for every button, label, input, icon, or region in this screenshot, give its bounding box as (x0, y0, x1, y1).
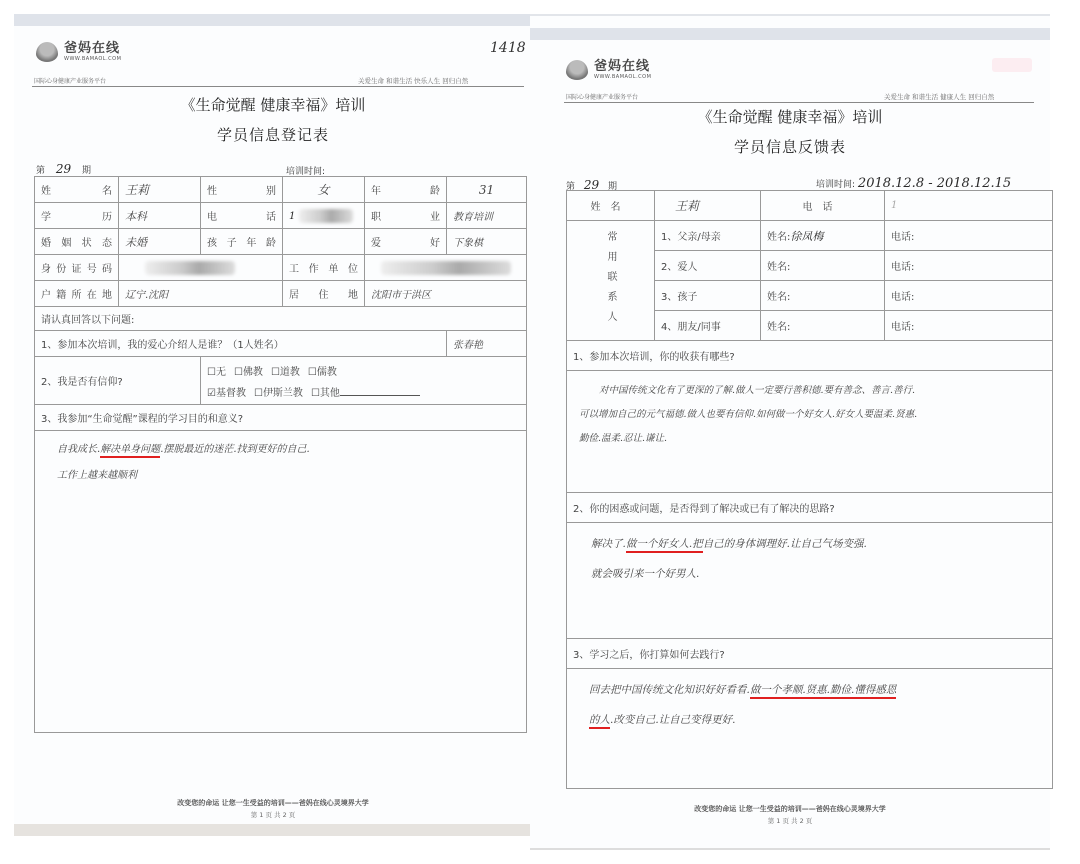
answer-line: 对中国传统文化有了更深的了解.做人一定要行善积德.要有善念、善言.善行. (579, 379, 1040, 403)
page-number: 第 1 页 共 2 页 (14, 810, 532, 819)
contact-relation: 2、爱人 (655, 251, 761, 281)
platform-tagline: 国际心身健康产业服务平台 (566, 92, 638, 101)
faith-option[interactable]: ☐无 (207, 367, 226, 378)
underlined-answer: 做一个好女人.把 (626, 538, 703, 553)
training-time: 培训时间: 2018.12.8 - 2018.12.15 (816, 176, 1011, 191)
contact-name: 姓名: (761, 251, 885, 281)
checkbox-icon[interactable]: ☐ (271, 367, 280, 378)
checkbox-icon[interactable]: ☐ (234, 367, 243, 378)
marital-value: 未婚 (119, 229, 201, 255)
name-value: 王莉 (655, 191, 761, 221)
table-row: 姓名 王莉 性别 女 年龄 31 (35, 177, 527, 203)
checkbox-icon[interactable]: ☐ (308, 367, 317, 378)
contact-row: 常用联系人1、父亲/母亲姓名:徐凤梅电话: (567, 221, 1053, 251)
hometown-value: 辽宁.沈阳 (119, 281, 283, 307)
contact-phone: 电话: (885, 311, 1053, 341)
registration-form-page: 爸妈在线 WWW.BAMAOL.COM 国际心身健康产业服务平台 1418 关爱… (14, 14, 532, 836)
feedback-form-page: 爸妈在线 WWW.BAMAOL.COM 国际心身健康产业服务平台 关爱生命 和谐… (530, 14, 1050, 850)
child-age-value (283, 229, 365, 255)
contact-phone: 电话: (885, 281, 1053, 311)
logo-heart-icon (36, 42, 58, 62)
faith-option[interactable]: ☐道教 (271, 367, 300, 378)
brand-name: 爸妈在线 (64, 42, 121, 56)
question-3-row: 3、我参加“生命觉醒”课程的学习目的和意义? (35, 405, 527, 431)
question-2-label: 2、你的困惑或问题，是否得到了解决或已有了解决的思路? (567, 493, 1053, 523)
question-2-row: 2、我是否有信仰? ☐无☐佛教☐道教☐儒教 ☑基督教☐伊斯兰教☐其他 (35, 357, 527, 405)
footer-slogan: 改变您的命运 让您一生受益的培训——爸妈在线心灵境界大学 (530, 804, 1050, 814)
handwritten-page-code: 1418 (490, 40, 526, 56)
job-value: 教育培训 (447, 203, 527, 229)
contacts-label: 常用联系人 (567, 221, 655, 341)
company-logo: 爸妈在线 WWW.BAMAOL.COM (566, 60, 651, 80)
question-2-label: 2、我是否有信仰? (35, 357, 201, 405)
period: 第 29 期 (36, 162, 91, 176)
motto: 关爱生命 和谐生活 健康人生 回归自然 (884, 92, 994, 101)
question-1-answer-row: 对中国传统文化有了更深的了解.做人一定要行善积德.要有善念、善言.善行.可以增加… (567, 371, 1053, 493)
question-1-row: 1、参加本次培训，我的爱心介绍人是谁？（1人姓名） 张春艳 (35, 331, 527, 357)
contact-relation: 1、父亲/母亲 (655, 221, 761, 251)
contact-name-value: 徐凤梅 (790, 230, 823, 243)
faith-option[interactable]: ☐其他 (311, 388, 420, 399)
name-value: 王莉 (119, 177, 201, 203)
question-2-answer-row: 解决了.做一个好女人.把自己的身体调理好.让自己气场变强. 就会吸引来一个好男人… (567, 523, 1053, 639)
scan-top-edge (530, 28, 1050, 40)
contact-phone: 电话: (885, 251, 1053, 281)
residence-value: 沈阳市于洪区 (365, 281, 527, 307)
question-2-answer: 解决了.做一个好女人.把自己的身体调理好.让自己气场变强. 就会吸引来一个好男人… (567, 523, 1053, 639)
answer-line: 可以增加自己的元气福德.做人也要有信仰.如何做一个好女人.好女人要温柔.贤惠. (579, 403, 1040, 427)
form-title: 学员信息反馈表 (530, 136, 1050, 157)
question-3-label: 3、学习之后，你打算如何去践行? (567, 639, 1053, 669)
question-1-row: 1、参加本次培训，你的收获有哪些? (567, 341, 1053, 371)
question-3-row: 3、学习之后，你打算如何去践行? (567, 639, 1053, 669)
header-divider (32, 86, 524, 87)
question-3-label: 3、我参加“生命觉醒”课程的学习目的和意义? (35, 405, 527, 431)
period-value: 29 (56, 162, 71, 176)
other-blank-line[interactable] (340, 395, 420, 396)
scan-bottom-edge (14, 824, 532, 836)
redacted-phone (299, 209, 353, 223)
faith-option[interactable]: ☐佛教 (234, 367, 263, 378)
checkbox-icon[interactable]: ☐ (207, 367, 216, 378)
underlined-answer: 的人 (589, 714, 610, 729)
faith-option[interactable]: ☑基督教 (207, 388, 246, 399)
question-3-answer-row: 回去把中国传统文化知识好好看看.做一个孝顺.贤惠.勤俭.懂得感恩 的人.改变自己… (567, 669, 1053, 789)
contact-name: 姓名:徐凤梅 (761, 221, 885, 251)
brand-name: 爸妈在线 (594, 60, 651, 74)
workplace-value (365, 255, 527, 281)
contact-phone: 电话: (885, 221, 1053, 251)
page-number: 第 1 页 共 2 页 (530, 816, 1050, 825)
age-value: 31 (447, 177, 527, 203)
footer-slogan: 改变您的命运 让您一生受益的培训——爸妈在线心灵境界大学 (14, 798, 532, 808)
faint-stamp (992, 58, 1032, 72)
faith-option[interactable]: ☐儒教 (308, 367, 337, 378)
redacted-workplace (381, 261, 511, 275)
hobby-value: 下象棋 (447, 229, 527, 255)
underlined-answer: 解决单身问题 (100, 444, 160, 458)
brand-url: WWW.BAMAOL.COM (64, 56, 121, 62)
table-row: 姓名 王莉 电话 1 (567, 191, 1053, 221)
question-1-answer: 张春艳 (447, 331, 527, 357)
question-3-answer-row: 自我成长.解决单身问题.摆脱最近的迷茫.找到更好的自己. 工作上越来越顺利 (35, 431, 527, 733)
logo-heart-icon (566, 60, 588, 80)
form-title: 学员信息登记表 (14, 124, 532, 145)
id-value (119, 255, 283, 281)
training-title: 《生命觉醒 健康幸福》培训 (530, 106, 1050, 127)
table-row: 婚姻状态 未婚 孩子年龄 爱好 下象棋 (35, 229, 527, 255)
answer-line: 勤俭.温柔.忍让.谦让. (579, 427, 1040, 451)
faith-options: ☐无☐佛教☐道教☐儒教 ☑基督教☐伊斯兰教☐其他 (201, 357, 527, 405)
scan-bottom-edge (530, 848, 1050, 850)
contact-name: 姓名: (761, 311, 885, 341)
company-logo: 爸妈在线 WWW.BAMAOL.COM (36, 42, 121, 62)
faith-option[interactable]: ☐伊斯兰教 (254, 388, 303, 399)
phone-value: 1 (283, 203, 365, 229)
education-value: 本科 (119, 203, 201, 229)
questions-header: 请认真回答以下问题: (35, 307, 527, 331)
brand-url: WWW.BAMAOL.COM (594, 74, 651, 80)
contact-relation: 4、朋友/同事 (655, 311, 761, 341)
question-3-answer: 回去把中国传统文化知识好好看看.做一个孝顺.贤惠.勤俭.懂得感恩 的人.改变自己… (567, 669, 1053, 789)
table-row: 学历 本科 电话 1 职业 教育培训 (35, 203, 527, 229)
checkbox-checked-icon[interactable]: ☑ (207, 388, 216, 399)
contact-name: 姓名: (761, 281, 885, 311)
feedback-table: 姓名 王莉 电话 1 常用联系人1、父亲/母亲姓名:徐凤梅电话:2、爱人姓名:电… (566, 190, 1053, 789)
header-divider (564, 102, 1034, 103)
question-1-label: 1、参加本次培训，你的收获有哪些? (567, 341, 1053, 371)
contact-relation: 3、孩子 (655, 281, 761, 311)
training-title: 《生命觉醒 健康幸福》培训 (14, 94, 532, 115)
scan-top-edge (14, 14, 532, 26)
question-3-answer: 自我成长.解决单身问题.摆脱最近的迷茫.找到更好的自己. 工作上越来越顺利 (35, 431, 527, 733)
checkbox-icon[interactable]: ☐ (311, 388, 320, 399)
student-info-table: 姓名 王莉 性别 女 年龄 31 学历 本科 电话 1 职业 教育培训 婚姻状态… (34, 176, 527, 733)
question-1-label: 1、参加本次培训，我的爱心介绍人是谁？（1人姓名） (35, 331, 447, 357)
training-time-value: 2018.12.8 - 2018.12.15 (858, 176, 1011, 191)
table-row: 请认真回答以下问题: (35, 307, 527, 331)
gender-value: 女 (283, 177, 365, 203)
phone-value: 1 (885, 191, 1053, 221)
redacted-id (145, 261, 235, 275)
motto: 关爱生命 和谐生活 快乐人生 回归自然 (358, 76, 468, 85)
table-row: 身份证号码 工作单位 (35, 255, 527, 281)
table-row: 户籍所在地 辽宁.沈阳 居住地 沈阳市于洪区 (35, 281, 527, 307)
checkbox-icon[interactable]: ☐ (254, 388, 263, 399)
underlined-answer: 做一个孝顺.贤惠.勤俭.懂得感恩 (750, 684, 897, 699)
platform-tagline: 国际心身健康产业服务平台 (34, 76, 106, 85)
question-1-answer: 对中国传统文化有了更深的了解.做人一定要行善积德.要有善念、善言.善行.可以增加… (567, 371, 1053, 493)
question-2-row: 2、你的困惑或问题，是否得到了解决或已有了解决的思路? (567, 493, 1053, 523)
